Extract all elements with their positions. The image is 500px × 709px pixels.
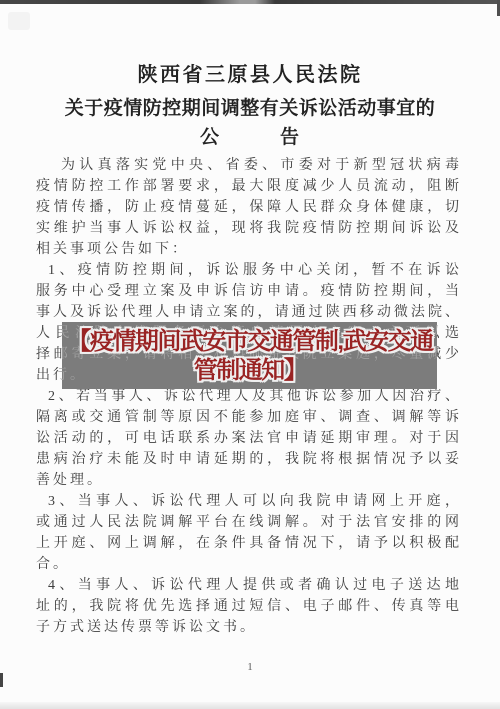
notice-title-line2: 公 告 [0,125,500,150]
notice-body: 为认真落实党中央、省委、市委对于新型冠状病毒疫情防控工作部署要求，最大限度减少人… [36,155,462,638]
notice-header: 陕西省三原县人民法院 关于疫情防控期间调整有关诉讼活动事宜的 公 告 [0,62,500,150]
text-line: 1、疫情防控期间，诉讼服务中心关闭，暂不在诉讼 [36,260,462,281]
court-name: 陕西省三原县人民法院 [0,62,500,88]
text-line: 讼活动的，可电话联系办案法官申请延期审理。对于因 [36,428,462,449]
text-line: 疫情传播，防止疫情蔓延，保障人民群众身体健康，切 [36,197,462,218]
red-caption-overlay: 【疫情期间武安市交通管制,武安交通 管制通知】 [0,327,500,385]
text-line: 子方式送达传票等诉讼文书。 [36,617,462,638]
red-caption-line2: 管制通知】 [0,356,500,385]
notice-title-line1: 关于疫情防控期间调整有关诉讼活动事宜的 [0,96,500,121]
text-line: 疫情防控工作部署要求，最大限度减少人员流动，阻断 [36,176,462,197]
scan-smudge-top-left [8,12,30,30]
page-number: 1 [0,661,500,673]
text-line: 相关事项公告如下： [36,239,462,260]
text-line: 事人及诉讼代理人申请立案的，请通过陕西移动微法院、 [36,302,462,323]
text-line: 为认真落实党中央、省委、市委对于新型冠状病毒 [36,155,462,176]
text-line: 4、当事人、诉讼代理人提供或者确认过电子送达地 [36,575,462,596]
text-line: 或通过人民法院调解平台在线调解。对于法官安排的网 [36,512,462,533]
text-line: 址的，我院将优先选择通过短信、电子邮件、传真等电 [36,596,462,617]
text-line: 服务中心受理立案及申诉信访申请。疫情防控期间，当 [36,281,462,302]
text-line: 善处理。 [36,470,462,491]
text-line: 合。 [36,554,462,575]
scan-bottom-edge-shade [0,702,500,709]
text-line: 上开庭、网上调解，在条件具备情况下，请予以积极配 [36,533,462,554]
scan-mark-bottom-left [0,673,3,687]
scanned-notice-page: 陕西省三原县人民法院 关于疫情防控期间调整有关诉讼活动事宜的 公 告 为认真落实… [0,0,500,709]
text-line: 实维护当事人诉讼权益，现将我院疫情防控期间诉讼及 [36,218,462,239]
text-line: 隔离或交通管制等原因不能参加庭审、调查、调解等诉 [36,407,462,428]
text-line: 2、若当事人、诉讼代理人及其他诉讼参加人因治疗、 [36,386,462,407]
text-line: 患病治疗未能及时申请延期的，我院将根据情况予以妥 [36,449,462,470]
scan-top-edge-line [0,0,500,4]
red-caption-line1: 【疫情期间武安市交通管制,武安交通 [0,327,500,356]
text-line: 3、当事人、诉讼代理人可以向我院申请网上开庭， [36,491,462,512]
